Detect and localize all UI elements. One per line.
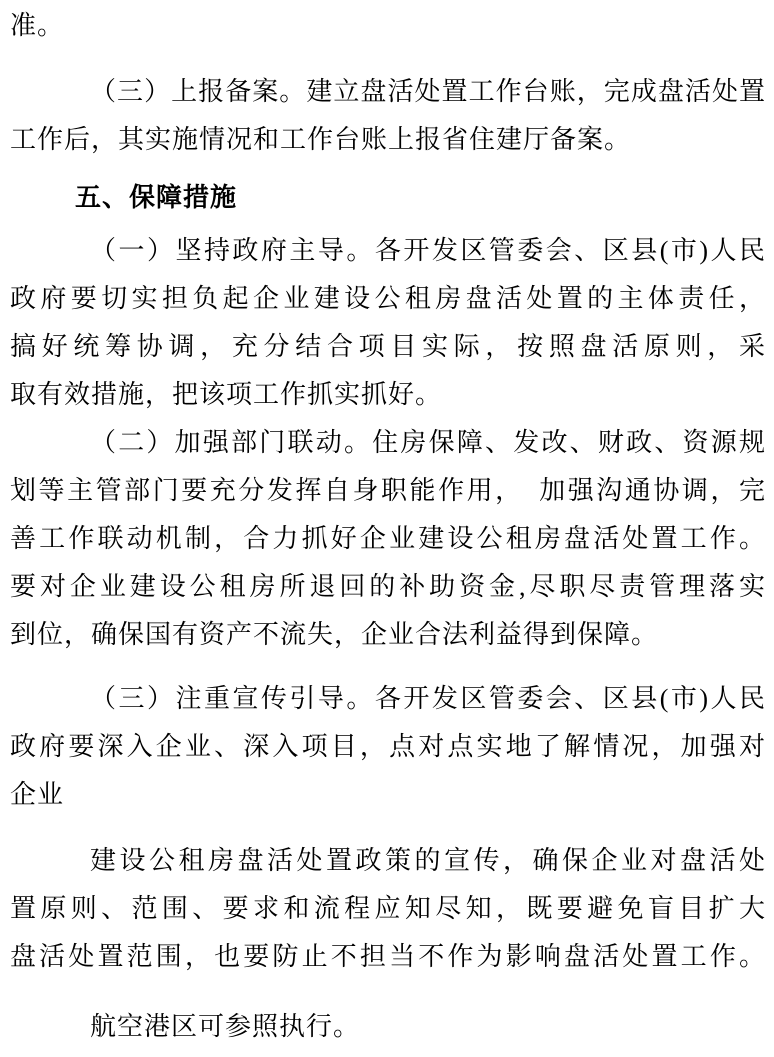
text-line: 企业 [10, 771, 766, 819]
text-line: 政府要深入企业、深入项目，点对点实地了解情况，加强对 [10, 723, 766, 771]
text-line: 划等主管部门要充分发挥自身职能作用， 加强沟通协调，完 [10, 467, 766, 515]
text-line: 政府要切实担负起企业建设公租房盘活处置的主体责任， [10, 275, 766, 323]
section-heading: 五、保障措施 [10, 174, 766, 222]
text-line: 航空港区可参照执行。 [10, 1003, 766, 1051]
text-line: 搞好统筹协调，充分结合项目实际，按照盘活原则，采 [10, 323, 766, 371]
text-line: （三）注重宣传引导。各开发区管委会、区县(市)人民 [10, 675, 766, 723]
text-line: 到位，确保国有资产不流失，企业合法利益得到保障。 [10, 611, 766, 659]
text-line: （三）上报备案。建立盘活处置工作台账，完成盘活处置 [10, 68, 766, 116]
text-line: 要对企业建设公租房所退回的补助资金,尽职尽责管理落实 [10, 563, 766, 611]
text-line: 取有效措施，把该项工作抓实抓好。 [10, 371, 766, 419]
text-line: 置原则、范围、要求和流程应知尽知，既要避免盲目扩大 [10, 885, 766, 933]
text-line: （二）加强部门联动。住房保障、发改、财政、资源规 [10, 419, 766, 467]
document-page: 准。 （三）上报备案。建立盘活处置工作台账，完成盘活处置 工作后，其实施情况和工… [0, 0, 774, 1057]
text-line: 建设公租房盘活处置政策的宣传，确保企业对盘活处 [10, 837, 766, 885]
text-line: 善工作联动机制，合力抓好企业建设公租房盘活处置工作。 [10, 515, 766, 563]
text-line: 准。 [10, 2, 766, 50]
text-line: （一）坚持政府主导。各开发区管委会、区县(市)人民 [10, 227, 766, 275]
text-line: 盘活处置范围，也要防止不担当不作为影响盘活处置工作。 [10, 933, 766, 981]
text-line: 工作后，其实施情况和工作台账上报省住建厅备案。 [10, 116, 766, 164]
